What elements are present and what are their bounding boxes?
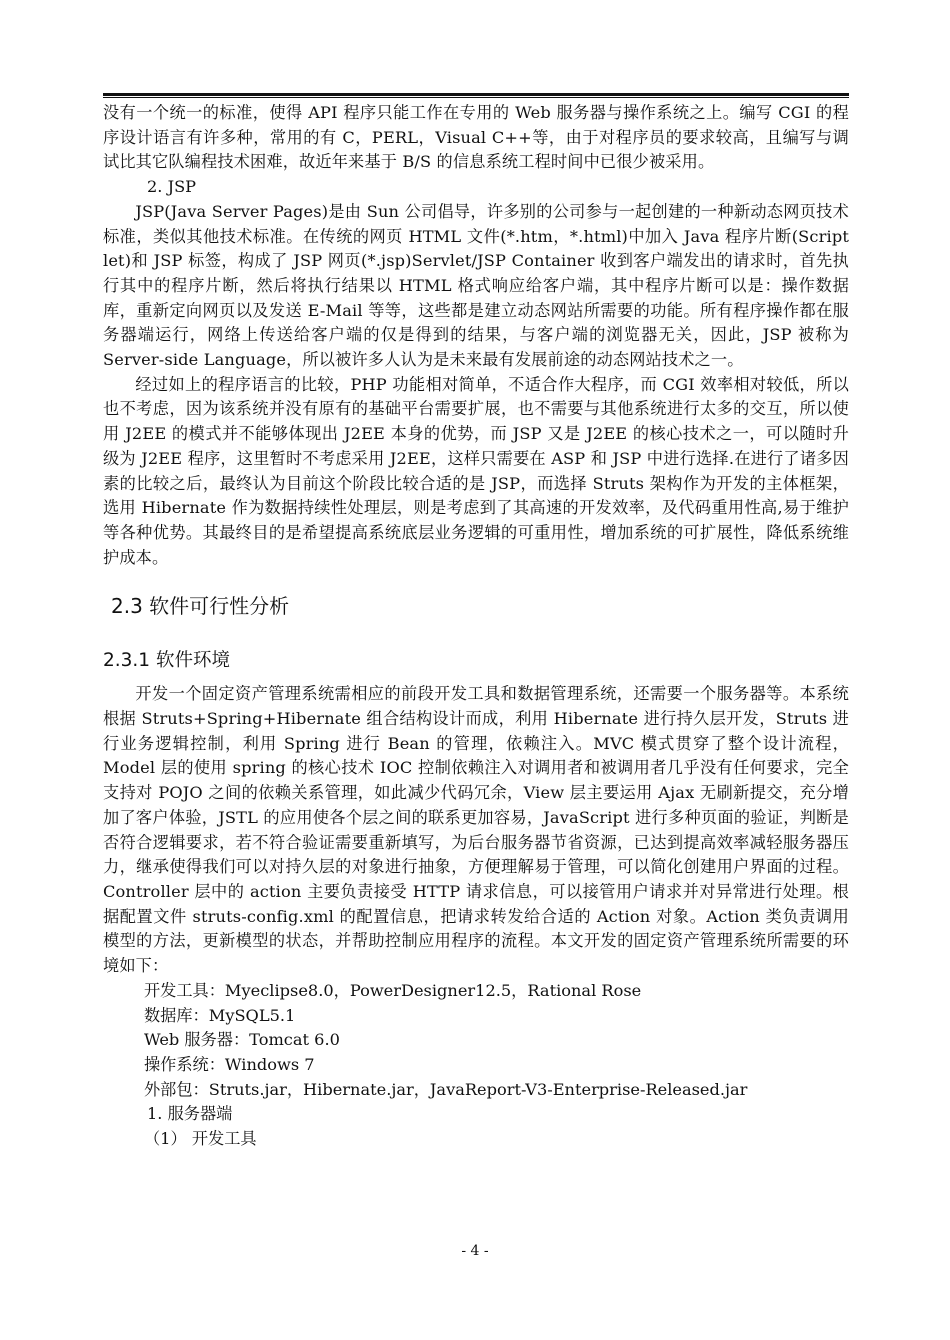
subsection-heading: 2.3.1 软件环境 (103, 648, 849, 674)
sub-item-dev-tools: （1） 开发工具 (103, 1127, 849, 1152)
env-item-database: 数据库：MySQL5.1 (103, 1004, 849, 1029)
environment-paragraph: 开发一个固定资产管理系统需相应的前段开发工具和数据管理系统，还需要一个服务器等。… (103, 682, 849, 978)
jsp-paragraph: JSP(Java Server Pages)是由 Sun 公司倡导，许多别的公司… (103, 200, 849, 373)
page-body: 没有一个统一的标准，使得 API 程序只能工作在专用的 Web 服务器与操作系统… (103, 101, 849, 1152)
comparison-paragraph: 经过如上的程序语言的比较，PHP 功能相对简单，不适合作大程序，而 CGI 效率… (103, 373, 849, 571)
environment-list: 开发工具：Myeclipse8.0，PowerDesigner12.5，Rati… (103, 979, 849, 1103)
list-item-jsp: 2. JSP (103, 175, 849, 200)
header-rule-thick-line (103, 93, 849, 96)
header-rule-thin-line (103, 97, 849, 98)
sub-item-server: 1. 服务器端 (103, 1102, 849, 1127)
page-number: - 4 - (0, 1243, 950, 1259)
section-heading: 2.3 软件可行性分析 (111, 592, 849, 620)
document-page: 没有一个统一的标准，使得 API 程序只能工作在专用的 Web 服务器与操作系统… (0, 0, 950, 1340)
header-rule (103, 93, 849, 99)
env-item-external-packages: 外部包：Struts.jar，Hibernate.jar，JavaReport-… (103, 1078, 849, 1103)
env-item-dev-tools: 开发工具：Myeclipse8.0，PowerDesigner12.5，Rati… (103, 979, 849, 1004)
continued-paragraph: 没有一个统一的标准，使得 API 程序只能工作在专用的 Web 服务器与操作系统… (103, 101, 849, 175)
env-item-web-server: Web 服务器：Tomcat 6.0 (103, 1028, 849, 1053)
env-item-os: 操作系统：Windows 7 (103, 1053, 849, 1078)
